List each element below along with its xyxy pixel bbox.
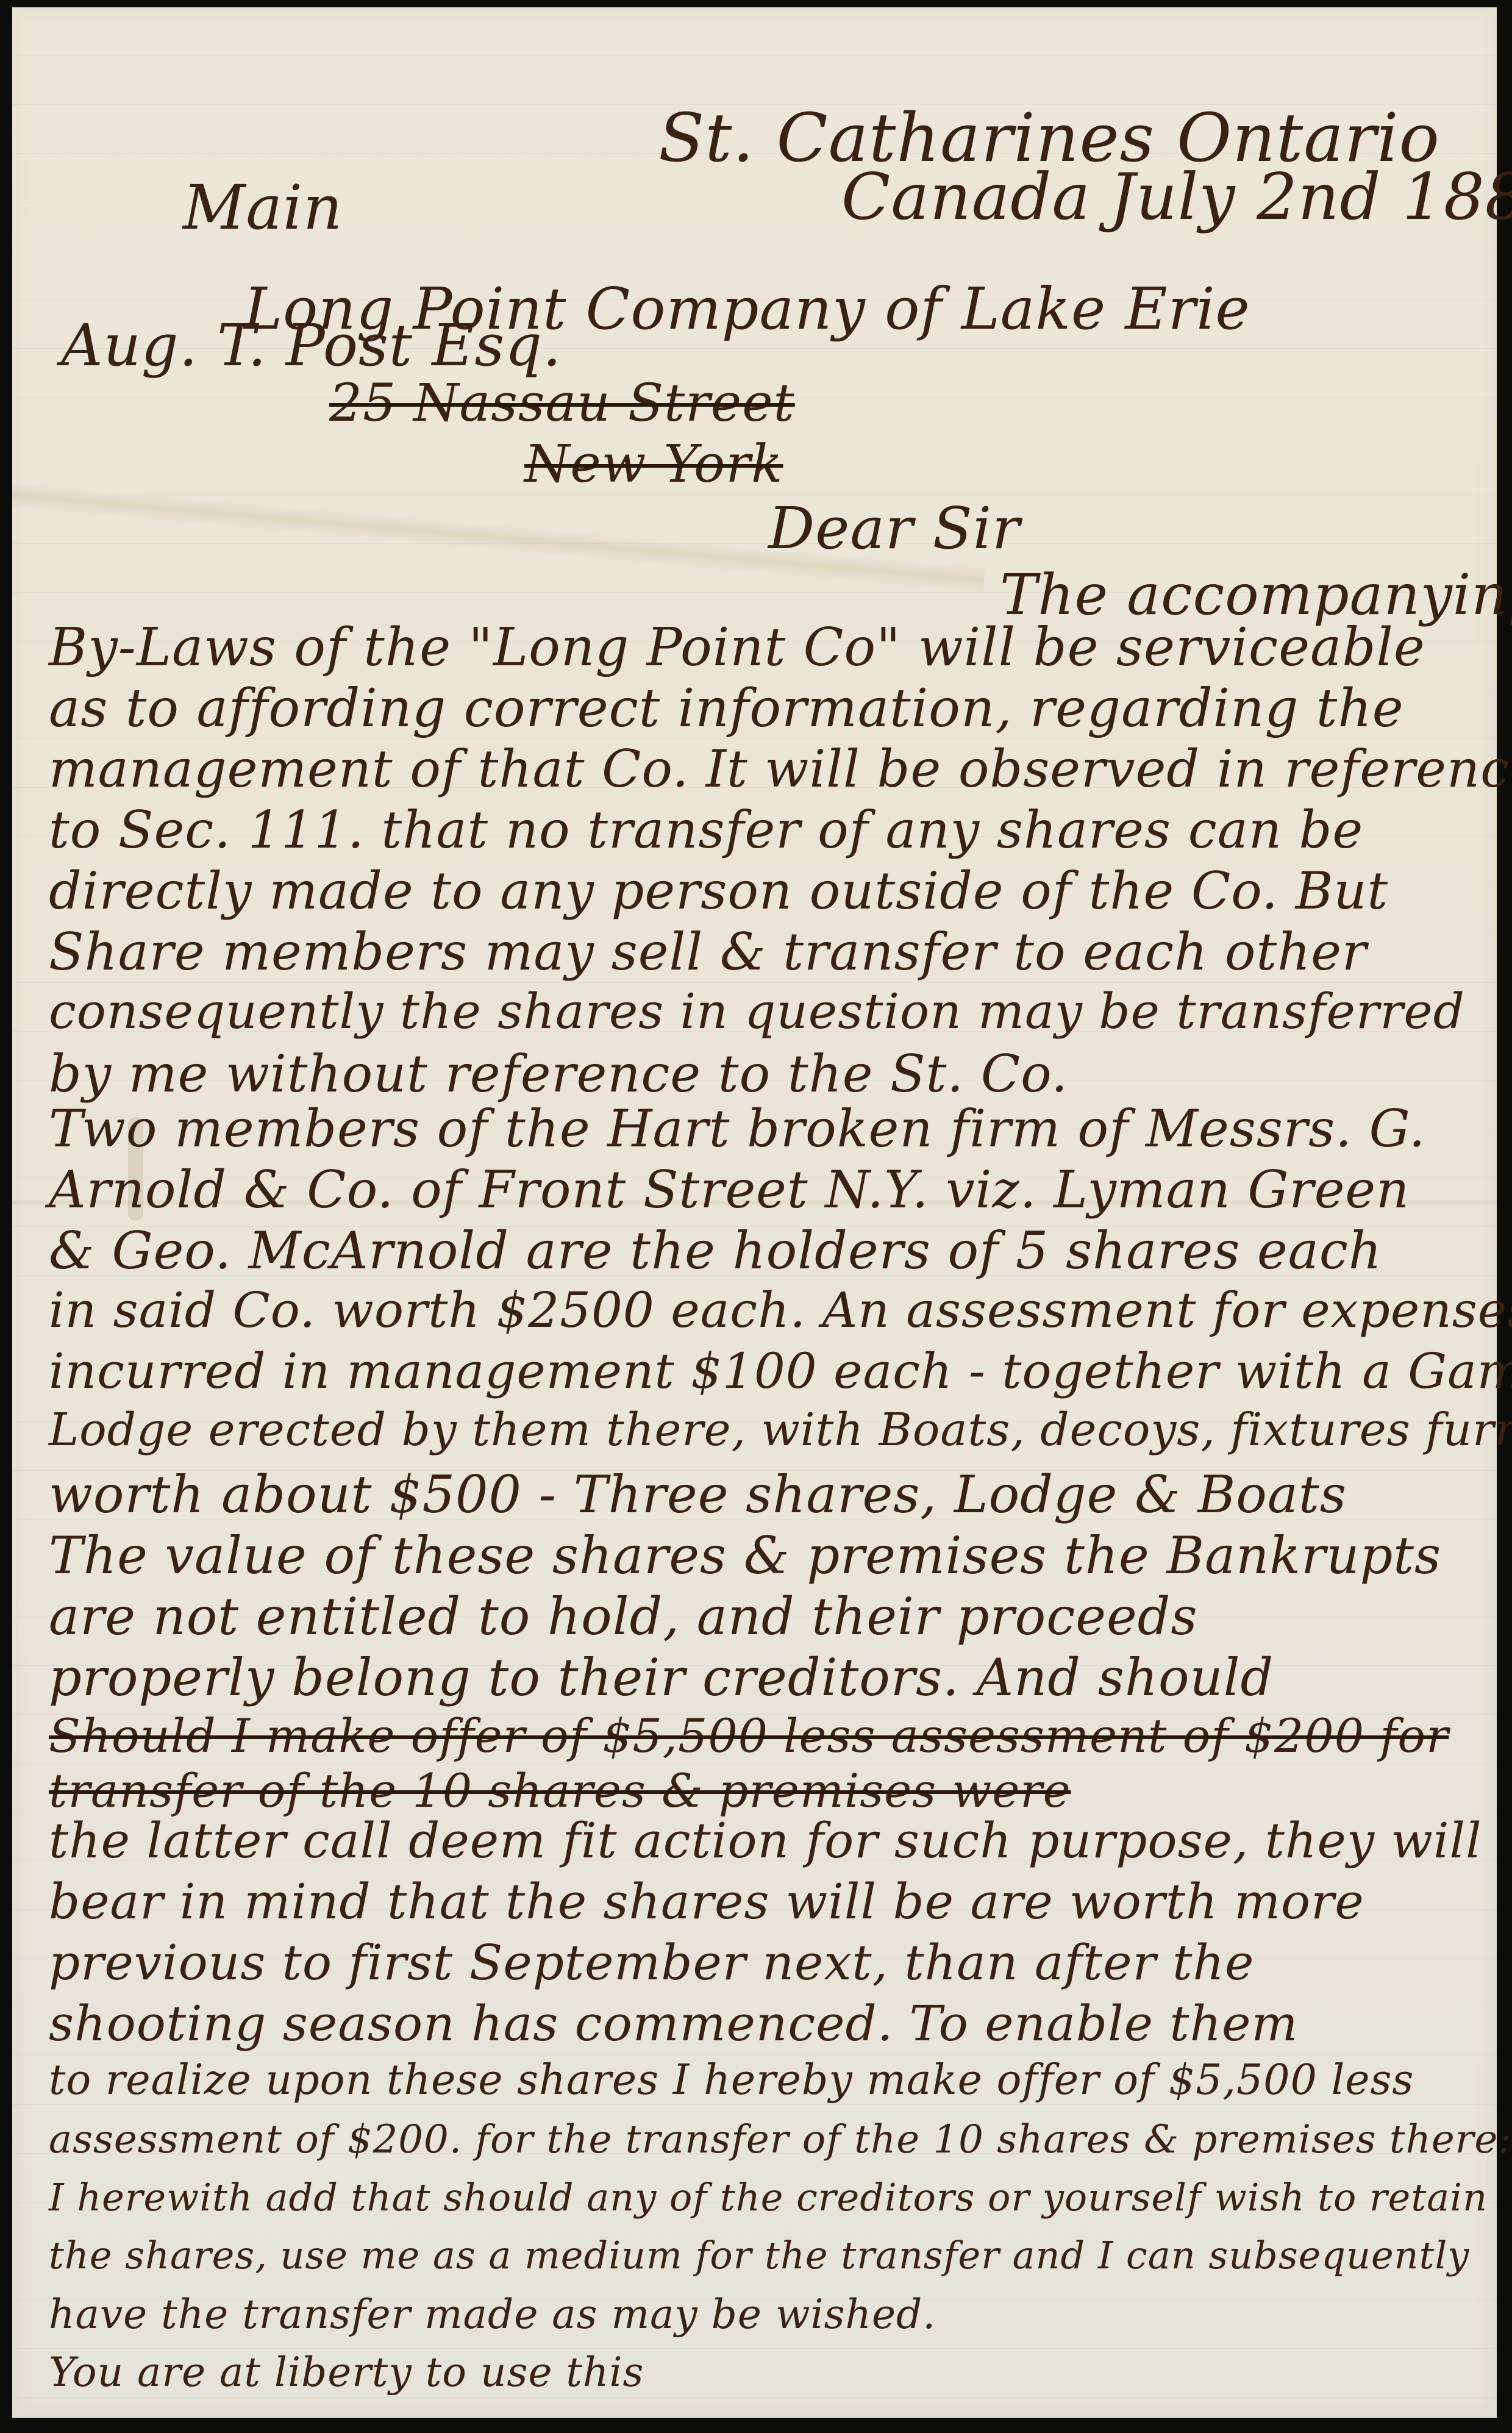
body-line: the latter call deem fit action for such… <box>49 1812 1482 1869</box>
body-line: assessment of $200. for the transfer of … <box>49 2117 1512 2162</box>
body-line-struck: worth about $500 - Three shares, Lodge &… <box>49 1465 1347 1524</box>
body-line: as to affording correct information, reg… <box>49 678 1404 739</box>
salutation: Dear Sir <box>768 495 1021 562</box>
body-line: directly made to any person outside of t… <box>49 861 1388 921</box>
body-line: Arnold & Co. of Front Street N.Y. viz. L… <box>49 1160 1410 1220</box>
body-line: By-Laws of the "Long Point Co" will be s… <box>49 617 1425 678</box>
body-line: are not entitled to hold, and their proc… <box>49 1587 1198 1646</box>
body-line: have the transfer made as may be wished. <box>49 2291 936 2338</box>
body-line: to Sec. 111. that no transfer of any sha… <box>49 800 1363 860</box>
body-line: I herewith add that should any of the cr… <box>49 2175 1488 2220</box>
body-line: management of that Co. It will be observ… <box>49 739 1512 799</box>
addressee-street: 25 Nassau Street <box>329 373 795 434</box>
body-line: in said Co. worth $2500 each. An assessm… <box>49 1282 1512 1338</box>
letter-paper: St. Catharines Ontario Canada July 2nd 1… <box>12 7 1497 2418</box>
addressee-name: Aug. T. Post Esq. <box>61 312 562 379</box>
body-line: Two members of the Hart broken firm of M… <box>49 1099 1425 1159</box>
left-note: Main <box>183 172 343 243</box>
location: Canada <box>841 160 1091 234</box>
body-line: the shares, use me as a medium for the t… <box>49 2233 1469 2278</box>
body-line: consequently the shares in question may … <box>49 983 1465 1040</box>
body-line: shooting season has commenced. To enable… <box>49 1995 1298 2052</box>
body-line: by me without reference to the St. Co. <box>49 1044 1068 1104</box>
body-line: Lodge erected by them there, with Boats,… <box>49 1404 1512 1456</box>
body-line: properly belong to their creditors. And … <box>49 1648 1274 1707</box>
body-line: The value of these shares & premises the… <box>49 1526 1441 1585</box>
body-line: Share members may sell & transfer to eac… <box>49 922 1367 982</box>
body-line: incurred in management $100 each - toget… <box>49 1343 1512 1399</box>
letter-date: July 2nd 1881 <box>1110 160 1512 234</box>
body-line: previous to first September next, than a… <box>49 1934 1254 1991</box>
body-line: to realize upon these shares I hereby ma… <box>49 2056 1414 2104</box>
body-line: & Geo. McArnold are the holders of 5 sha… <box>49 1221 1382 1281</box>
body-line-struck: transfer of the 10 shares & premises wer… <box>49 1763 1071 1818</box>
body-line: bear in mind that the shares will be are… <box>49 1873 1364 1930</box>
body-line-closing: You are at liberty to use this <box>49 2349 644 2396</box>
addressee-city: New York <box>524 434 783 495</box>
body-line-struck: Should I make offer of $5,500 less asses… <box>49 1709 1449 1763</box>
